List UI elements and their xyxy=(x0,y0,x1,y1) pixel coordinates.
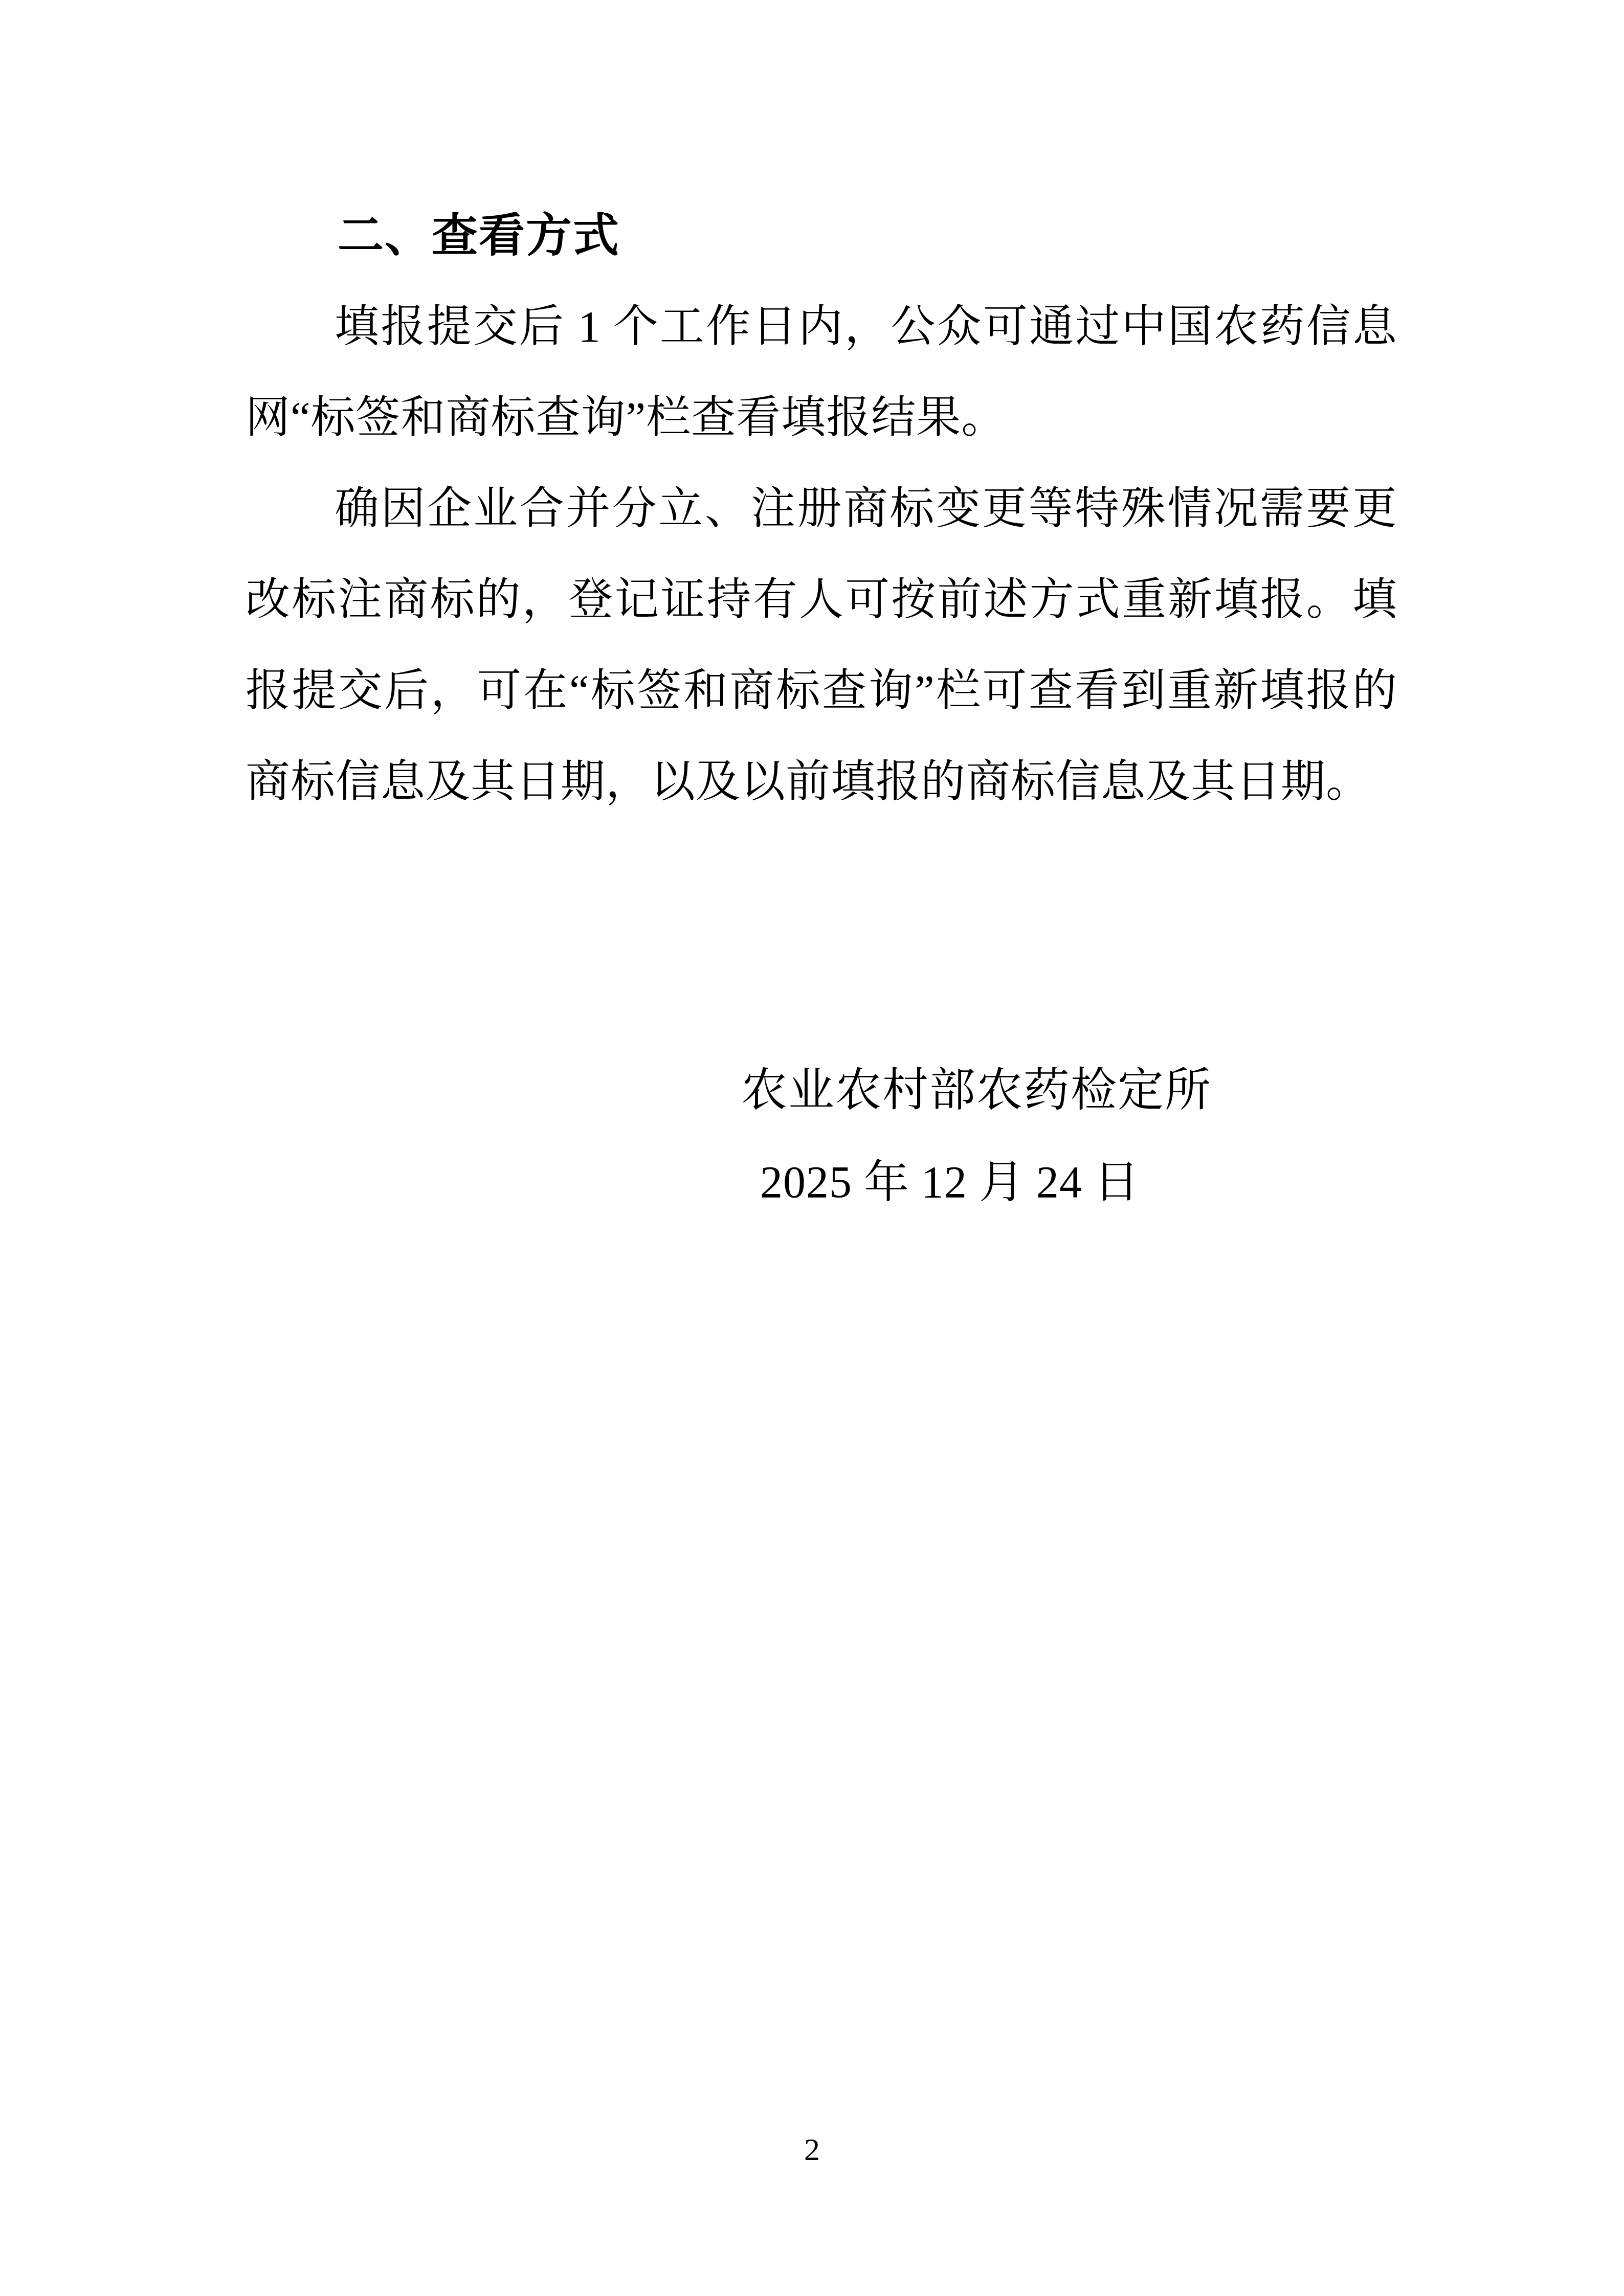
document-page: 二、查看方式 填报提交后 1 个工作日内，公众可通过中国农药信息网“标签和商标查… xyxy=(0,0,1624,2296)
page-number: 2 xyxy=(0,2131,1624,2168)
paragraph-refill-rules: 确因企业合并分立、注册商标变更等特殊情况需要更改标注商标的，登记证持有人可按前述… xyxy=(246,463,1397,827)
section-heading: 二、查看方式 xyxy=(338,190,1397,281)
signature-organization: 农业农村部农药检定所 xyxy=(741,1063,1212,1119)
document-body: 二、查看方式 填报提交后 1 个工作日内，公众可通过中国农药信息网“标签和商标查… xyxy=(246,190,1397,827)
paragraph-view-result: 填报提交后 1 个工作日内，公众可通过中国农药信息网“标签和商标查询”栏查看填报… xyxy=(246,281,1397,463)
signature-date: 2025 年 12 月 24 日 xyxy=(760,1155,1140,1211)
